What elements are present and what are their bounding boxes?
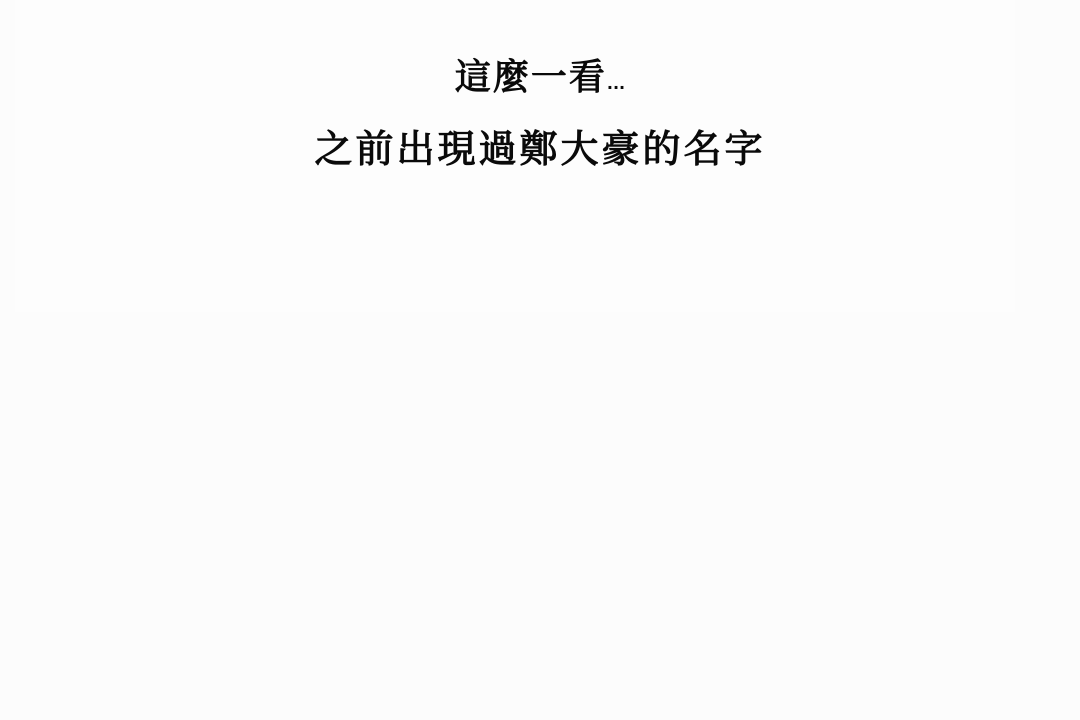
caption-line-2-text: 之前出現過鄭大豪的名字 bbox=[314, 127, 765, 171]
caption-line-1: 這麼一看... bbox=[0, 56, 1080, 106]
caption-line-1-ellipsis: ... bbox=[607, 74, 625, 93]
caption-line-2: 之前出現過鄭大豪的名字 bbox=[0, 126, 1080, 172]
comic-panel: 這麼一看... 之前出現過鄭大豪的名字 bbox=[0, 0, 1080, 720]
caption-line-1-text: 這麼一看 bbox=[455, 57, 607, 98]
